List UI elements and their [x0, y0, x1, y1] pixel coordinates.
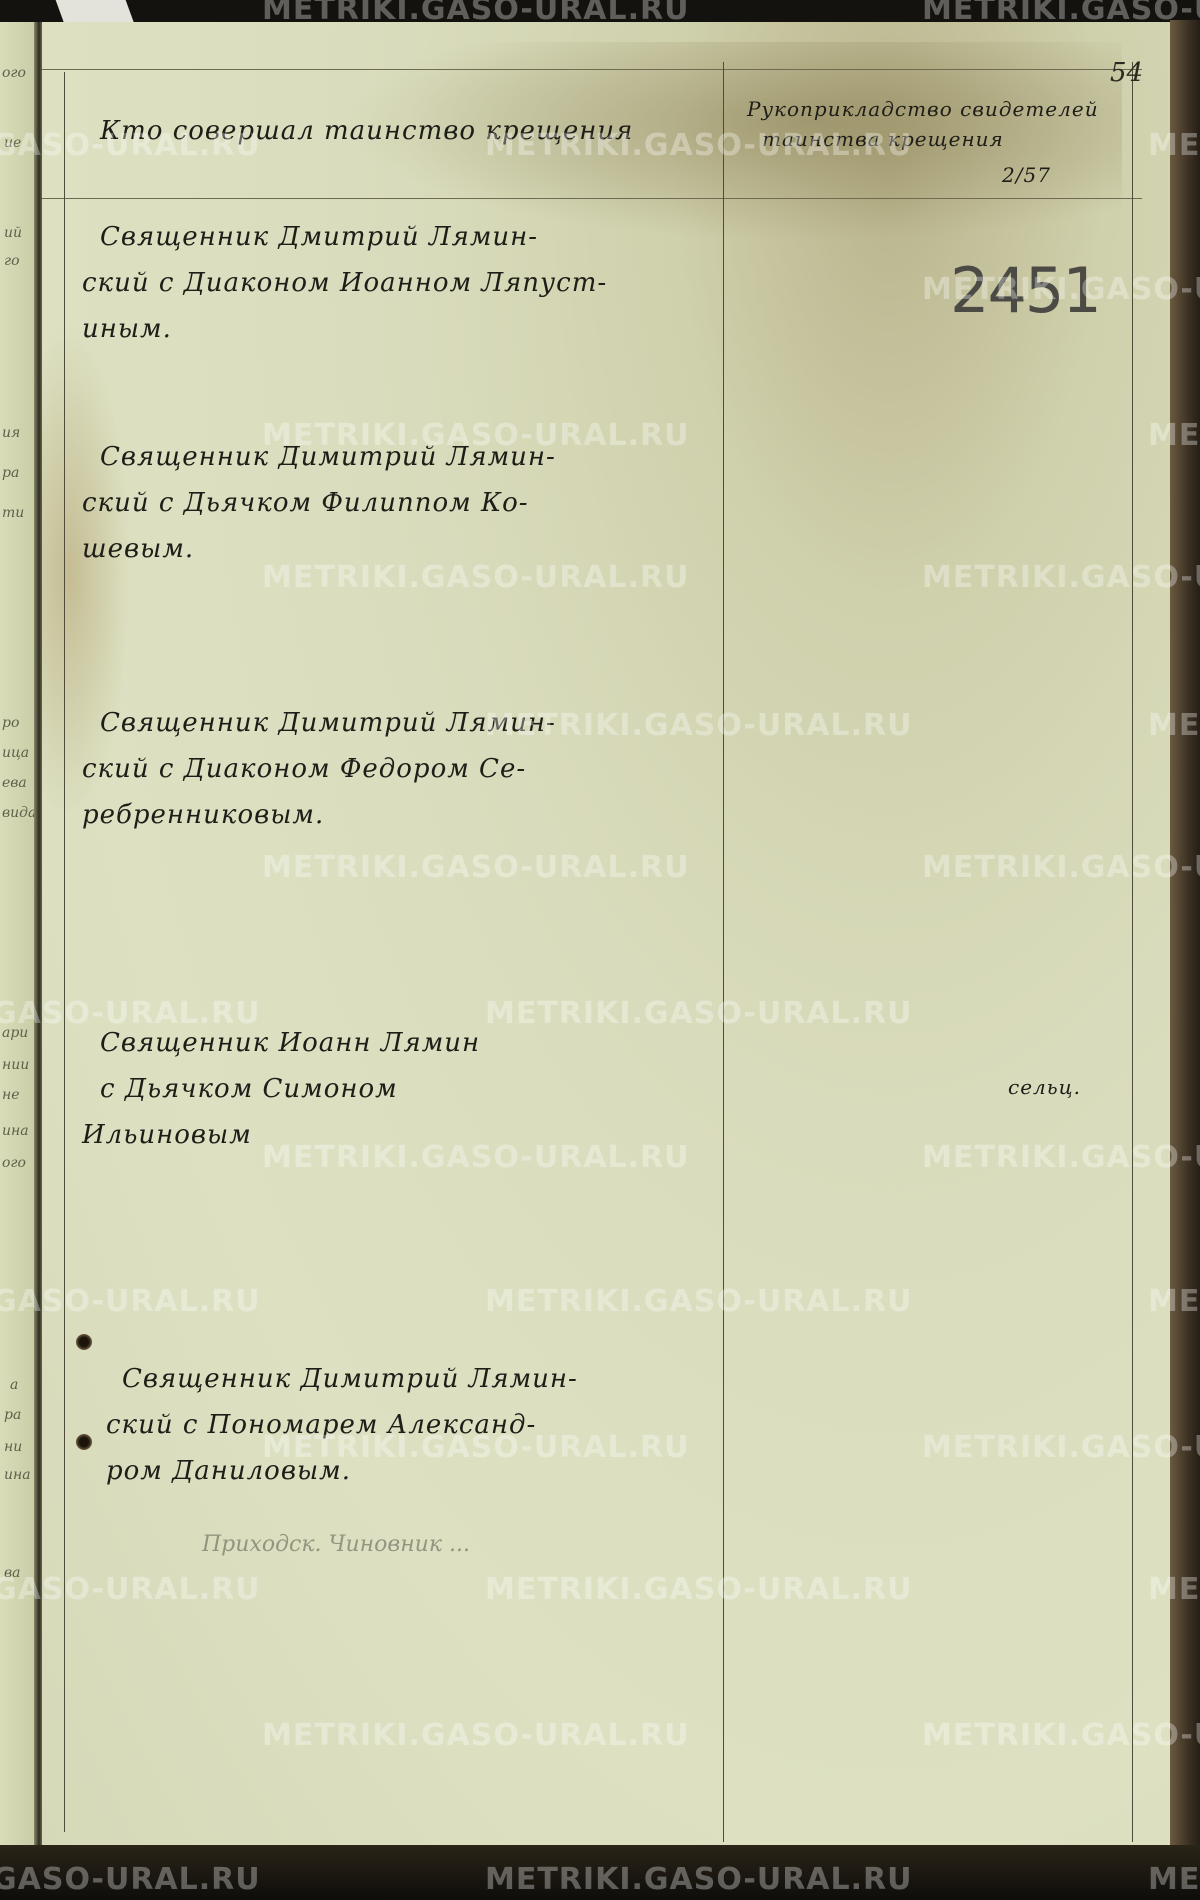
register-page: 54 2451 Кто совершал таинство крещения Р… — [42, 22, 1172, 1852]
header-mark: 2/57 — [1002, 160, 1051, 190]
margin-note: вида — [2, 802, 36, 824]
binding-hole — [76, 1334, 92, 1350]
entry-line: Священник Дмитрий Лямин- — [100, 214, 538, 260]
entry-note: сельц. — [1008, 1072, 1081, 1102]
margin-note: нии — [2, 1054, 29, 1076]
paper-tab — [56, 0, 135, 24]
right-margin-rule — [1132, 62, 1133, 1842]
margin-note: ева — [2, 772, 27, 794]
entry-line: ский с Дьячком Филиппом Ко- — [82, 480, 529, 526]
column-header-witnesses: Рукоприкладство свидетелей — [747, 94, 1099, 124]
scan-background-bottom — [0, 1845, 1200, 1900]
previous-page-edge: ого ие ий го ия ра ти ро ица ева вида ар… — [0, 22, 38, 1852]
page-stack-edge — [1170, 20, 1200, 1860]
entry-line: ский с Диаконом Иоанном Ляпуст- — [82, 260, 607, 306]
margin-note: го — [4, 250, 20, 272]
margin-note: ва — [4, 1562, 21, 1584]
left-margin-rule — [64, 72, 65, 1832]
entry-line: шевым. — [82, 526, 194, 572]
margin-note: ро — [2, 712, 19, 734]
entry-line: Священник Димитрий Лямин- — [100, 434, 556, 480]
margin-note: ого — [2, 62, 26, 84]
bleedthrough-text: Приходск. Чиновник ... — [202, 1532, 470, 1557]
margin-note: ия — [2, 422, 20, 444]
margin-note: ра — [4, 1404, 21, 1426]
margin-note: ни — [4, 1436, 22, 1458]
margin-note: ра — [2, 462, 19, 484]
margin-note: не — [2, 1084, 20, 1106]
entry-line: ский с Пономарем Александ- — [106, 1402, 536, 1448]
margin-note: ого — [2, 1152, 26, 1174]
entry-line: Священник Иоанн Лямин — [100, 1020, 480, 1066]
margin-note: ина — [2, 1120, 29, 1142]
entry-line: ребренниковым. — [82, 792, 324, 838]
archive-number: 2451 — [950, 254, 1100, 327]
entry-line: Ильиновым — [82, 1112, 252, 1158]
entry-line: ский с Диаконом Федором Се- — [82, 746, 526, 792]
column-header-witnesses-line2: таинства крещения — [762, 124, 1004, 154]
column-divider — [723, 62, 724, 1842]
entry-line: Священник Димитрий Лямин- — [122, 1356, 578, 1402]
margin-note: ти — [2, 502, 24, 524]
header-top-rule — [42, 69, 1142, 70]
page-number: 54 — [1110, 58, 1143, 88]
margin-note: ий — [4, 222, 22, 244]
margin-note: ина — [4, 1464, 31, 1486]
entry-line: с Дьячком Симоном — [100, 1066, 398, 1112]
entry-line: ром Даниловым. — [106, 1448, 351, 1494]
margin-note: ари — [2, 1022, 28, 1044]
entry-line: иным. — [82, 306, 172, 352]
margin-note: а — [10, 1374, 18, 1396]
margin-note: ие — [4, 132, 21, 154]
document-scan: ого ие ий го ия ра ти ро ица ева вида ар… — [0, 0, 1200, 1900]
column-header-officiant: Кто совершал таинство крещения — [100, 108, 633, 154]
header-bottom-rule — [42, 198, 1142, 199]
margin-note: ица — [2, 742, 29, 764]
entry-line: Священник Димитрий Лямин- — [100, 700, 556, 746]
binding-hole — [76, 1434, 92, 1450]
